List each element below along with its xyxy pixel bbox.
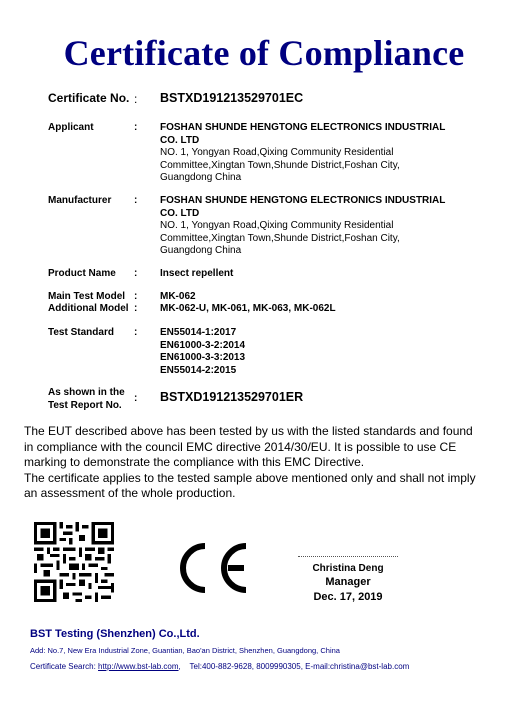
contact-info: , Tel:400-882-9628, 8009990305, E-mail:c…	[179, 662, 410, 671]
signature-block: Christina Deng Manager Dec. 17, 2019	[298, 556, 398, 605]
product-name-label: Product Name	[48, 268, 138, 281]
colon: :	[134, 92, 137, 106]
colon: :	[134, 291, 137, 302]
test-standard-label: Test Standard	[48, 327, 138, 340]
signature-line	[298, 556, 398, 557]
applicant-label: Applicant	[48, 122, 138, 135]
test-standard-item: EN55014-2:2015	[160, 365, 460, 378]
signatory-name: Christina Deng	[298, 563, 398, 575]
colon: :	[134, 393, 137, 404]
report-number-label: As shown in the Test Report No.	[48, 387, 138, 412]
colon: :	[134, 327, 137, 338]
company-name: BST Testing (Shenzhen) Co.,Ltd.	[30, 628, 200, 640]
applicant-value: FOSHAN SHUNDE HENGTONG ELECTRONICS INDUS…	[160, 122, 460, 185]
page-title: Certificate of Compliance	[0, 32, 528, 74]
ce-mark-icon	[172, 538, 252, 598]
certificate-search-label: Certificate Search:	[30, 662, 96, 671]
manufacturer-value: FOSHAN SHUNDE HENGTONG ELECTRONICS INDUS…	[160, 195, 460, 258]
colon: :	[134, 268, 137, 279]
report-number-value: BSTXD191213529701ER	[160, 391, 460, 404]
signature-date: Dec. 17, 2019	[298, 589, 398, 605]
main-model-value: MK-062	[160, 291, 460, 304]
signatory-role: Manager	[298, 575, 398, 589]
website-link[interactable]: http://www.bst-lab.com	[98, 662, 178, 671]
test-standard-item: EN61000-3-2:2014	[160, 340, 460, 353]
test-standard-item: EN55014-1:2017	[160, 327, 460, 340]
colon: :	[134, 195, 137, 206]
compliance-statement: The EUT described above has been tested …	[24, 424, 504, 502]
main-model-label: Main Test Model	[48, 291, 138, 304]
test-standard-values: EN55014-1:2017 EN61000-3-2:2014 EN61000-…	[160, 327, 460, 377]
certificate-search-line: Certificate Search: http://www.bst-lab.c…	[30, 662, 409, 671]
certificate-number-value: BSTXD191213529701EC	[160, 92, 460, 105]
product-name-value: Insect repellent	[160, 268, 460, 281]
test-standard-item: EN61000-3-3:2013	[160, 352, 460, 365]
qr-code-icon	[34, 522, 114, 602]
company-address: Add: No.7, New Era Industrial Zone, Guan…	[30, 646, 340, 655]
manufacturer-label: Manufacturer	[48, 195, 138, 208]
additional-model-value: MK-062-U, MK-061, MK-063, MK-062L	[160, 303, 460, 316]
colon: :	[134, 122, 137, 133]
certificate-number-label: Certificate No.	[48, 92, 138, 105]
colon: :	[134, 303, 137, 314]
additional-model-label: Additional Model	[48, 303, 138, 316]
